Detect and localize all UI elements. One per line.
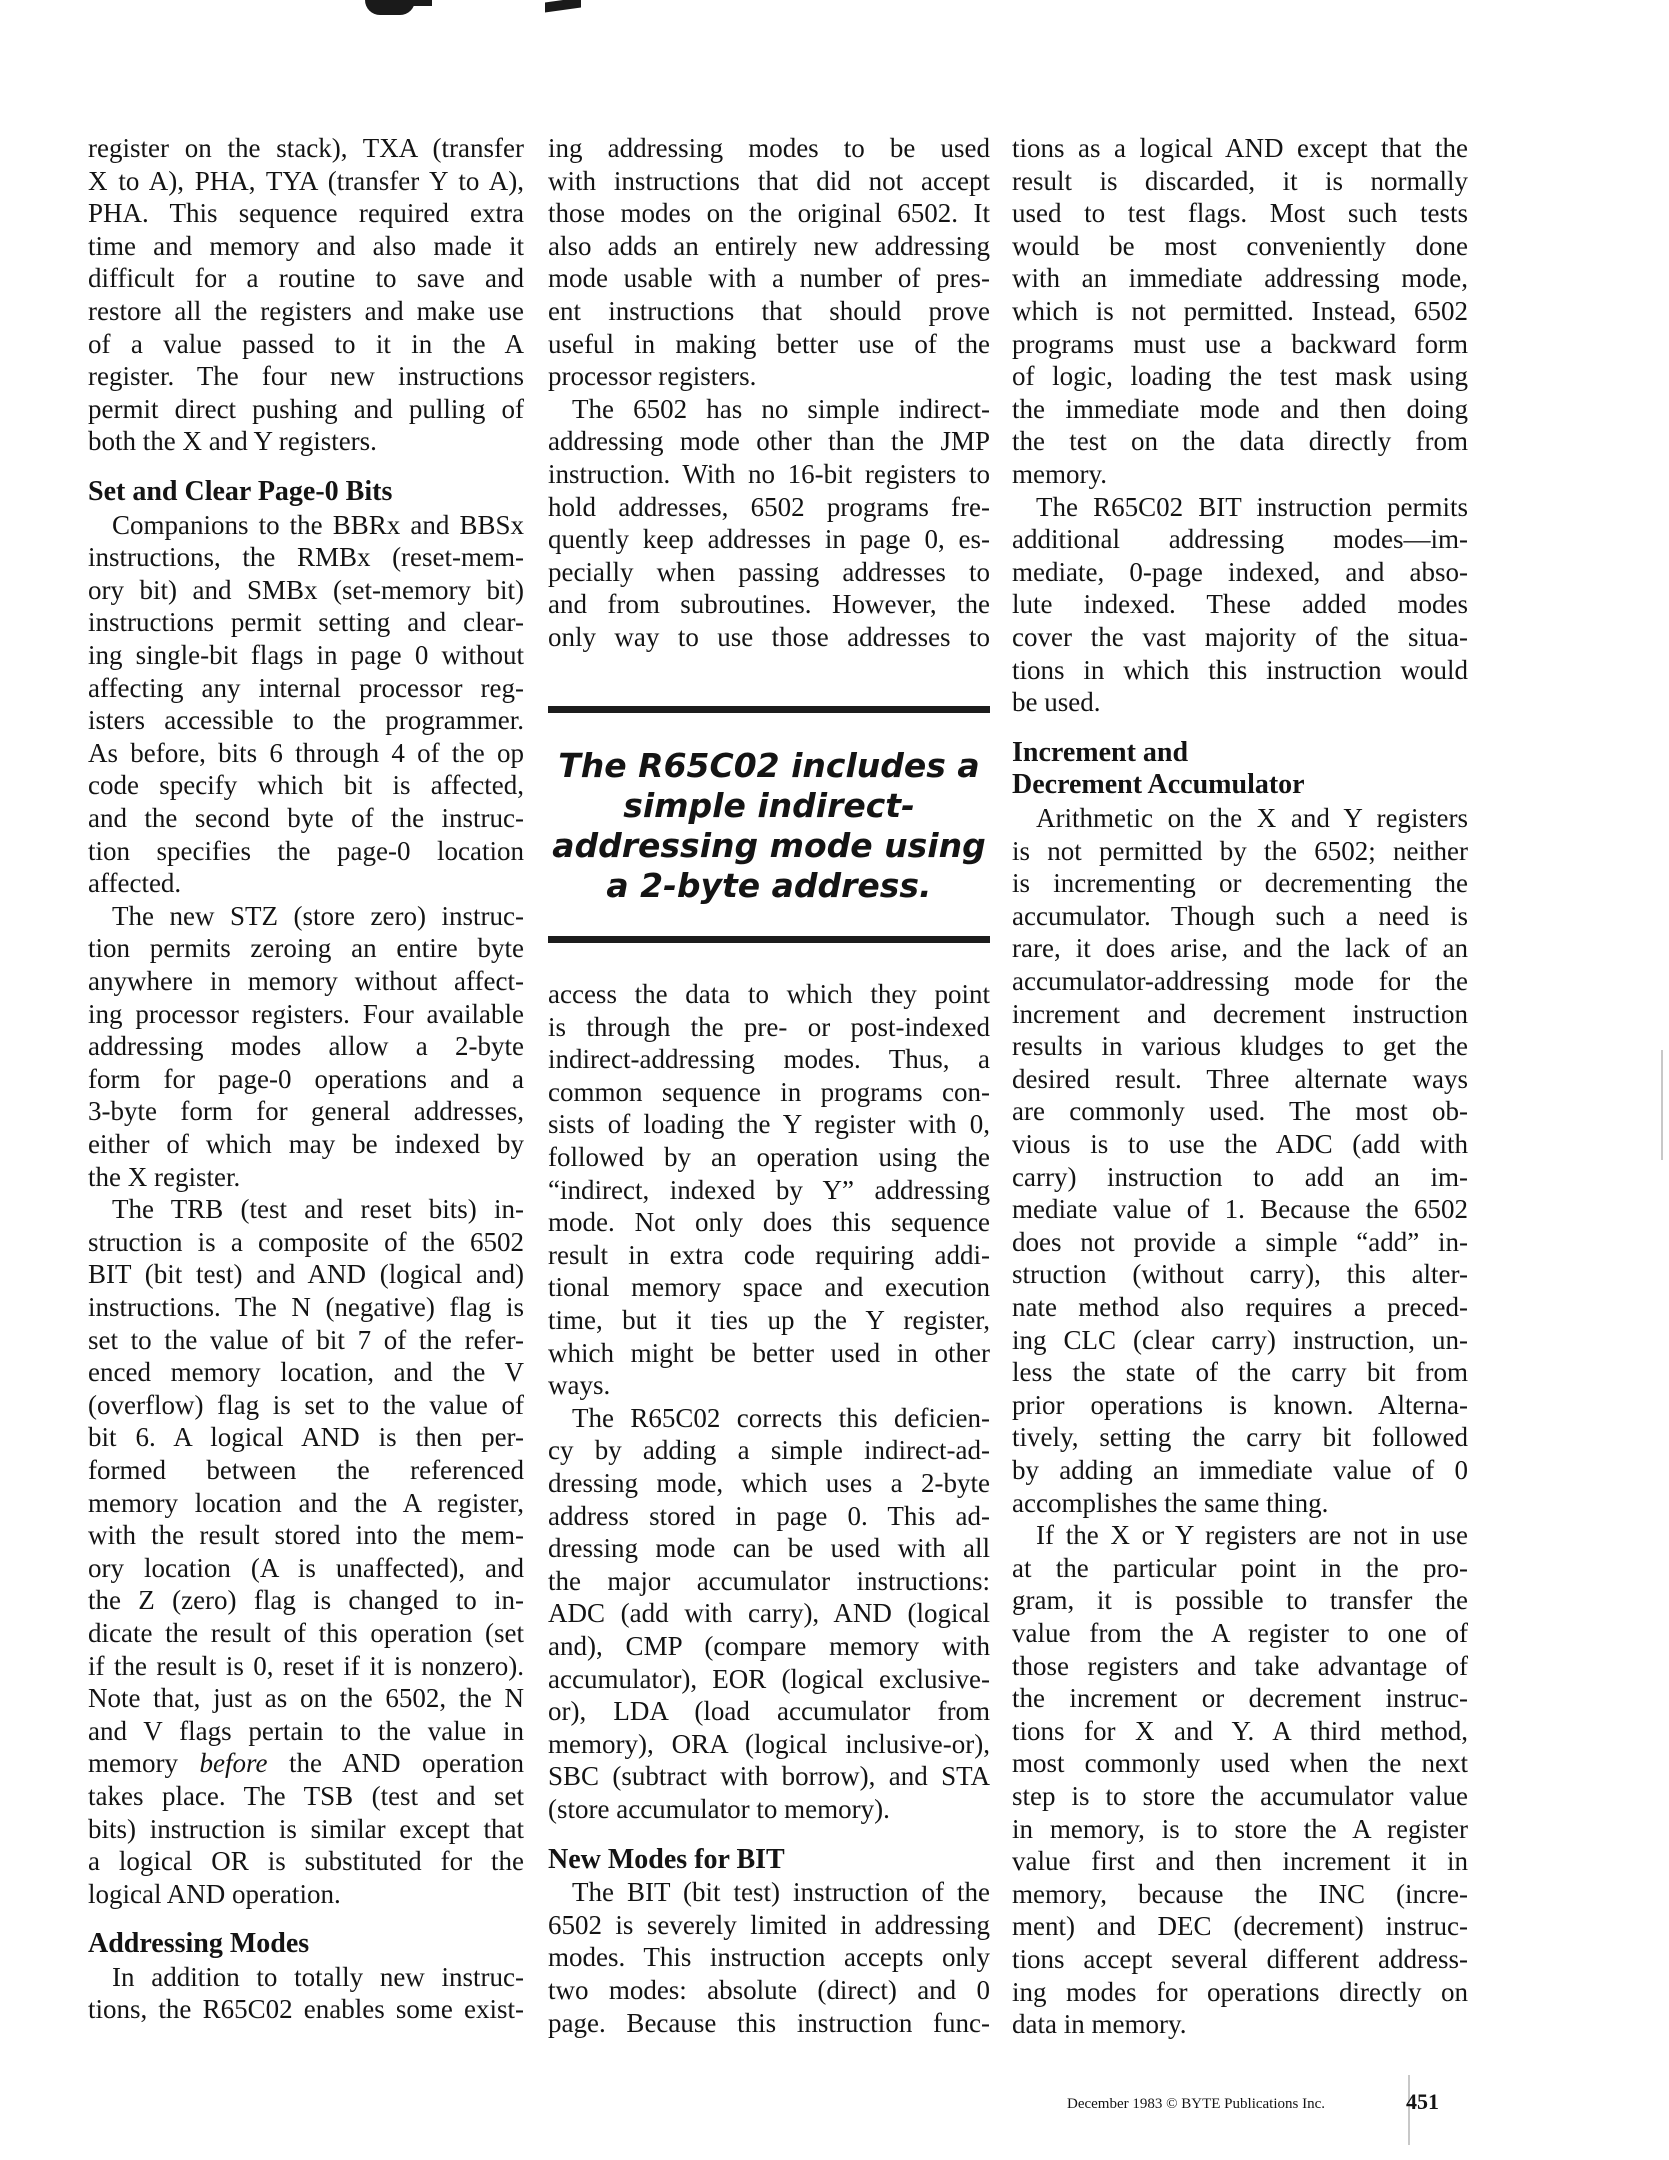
text-line: results in various kludges to get the: [1012, 1030, 1468, 1062]
text-line: lute indexed. These added modes: [1012, 588, 1468, 620]
section-heading: Addressing Modes: [88, 1928, 524, 1960]
text-line: of logic, loading the test mask using: [1012, 360, 1468, 392]
text-line: and), CMP (compare memory with: [548, 1630, 990, 1662]
text-line: (overflow) flag is set to the value of: [88, 1389, 524, 1421]
text-line: anywhere in memory without affect-: [88, 965, 524, 997]
text-line: hold addresses, 6502 programs fre-: [548, 491, 990, 523]
text-line: memory.: [1012, 458, 1468, 490]
text-line: those modes on the original 6502. It: [548, 197, 990, 229]
text-line: The R65C02 corrects this deficien-: [548, 1402, 990, 1434]
text-line: bits) instruction is similar except that: [88, 1813, 524, 1845]
text-line: Arithmetic on the X and Y registers: [1012, 802, 1468, 834]
text-line: useful in making better use of the: [548, 328, 990, 360]
text-line: only way to use those addresses to: [548, 621, 990, 653]
text-line: formed between the referenced: [88, 1454, 524, 1486]
text-line: page. Because this instruction func-: [548, 2007, 990, 2039]
text-line: tions as a logical AND except that the: [1012, 132, 1468, 164]
scan-edge-mark: [1661, 1050, 1663, 1160]
text-line: ing single-bit flags in page 0 without: [88, 639, 524, 671]
section-heading: Set and Clear Page-0 Bits: [88, 476, 524, 508]
text-line: and the second byte of the instruc-: [88, 802, 524, 834]
text-line: difficult for a routine to save and: [88, 262, 524, 294]
text-line: instruction. With no 16-bit registers to: [548, 458, 990, 490]
text-line: value from the A register to one of: [1012, 1617, 1468, 1649]
section-heading: Decrement Accumulator: [1012, 769, 1468, 801]
text-line: two modes: absolute (direct) and 0: [548, 1974, 990, 2006]
section-heading: New Modes for BIT: [548, 1844, 990, 1876]
text-line: used to test flags. Most such tests: [1012, 197, 1468, 229]
text-line: enced memory location, and the V: [88, 1356, 524, 1388]
text-line: increment and decrement instruction: [1012, 998, 1468, 1030]
text-line: the increment or decrement instruc-: [1012, 1682, 1468, 1714]
text-line: ADC (add with carry), AND (logical: [548, 1597, 990, 1629]
text-line: is not permitted by the 6502; neither: [1012, 835, 1468, 867]
text-line: The BIT (bit test) instruction of the: [548, 1876, 990, 1908]
text-line: which might be better used in other: [548, 1337, 990, 1369]
text-line: ory bit) and SMBx (set-memory bit): [88, 574, 524, 606]
text-line: ways.: [548, 1369, 990, 1401]
pull-quote-line: The R65C02 includes a: [548, 746, 990, 786]
text-line: common sequence in programs con-: [548, 1076, 990, 1108]
text-line: struction is a composite of the 6502: [88, 1226, 524, 1258]
text-line: address stored in page 0. This ad-: [548, 1500, 990, 1532]
text-line: either of which may be indexed by: [88, 1128, 524, 1160]
text-line: In addition to totally new instruc-: [88, 1961, 524, 1993]
text-line: indirect-addressing modes. Thus, a: [548, 1043, 990, 1075]
text-line: pecially when passing addresses to: [548, 556, 990, 588]
text-line: dicate the result of this operation (set: [88, 1617, 524, 1649]
text-line: logical AND operation.: [88, 1878, 524, 1910]
masthead-logo-fragment-right: [545, 0, 581, 13]
text-line: the immediate mode and then doing: [1012, 393, 1468, 425]
text-line: register on the stack), TXA (transfer: [88, 132, 524, 164]
text-line: X to A), PHA, TYA (transfer Y to A),: [88, 165, 524, 197]
text-line: ent instructions that should prove: [548, 295, 990, 327]
text-line: and from subroutines. However, the: [548, 588, 990, 620]
text-line: at the particular point in the pro-: [1012, 1552, 1468, 1584]
text-line: with an immediate addressing mode,: [1012, 262, 1468, 294]
text-line: the X register.: [88, 1161, 524, 1193]
text-line: tions in which this instruction would: [1012, 654, 1468, 686]
text-line: result is discarded, it is normally: [1012, 165, 1468, 197]
pull-quote-top-rule: [548, 706, 990, 713]
text-line: instructions, the RMBx (reset-mem-: [88, 541, 524, 573]
text-line: is incrementing or decrementing the: [1012, 867, 1468, 899]
text-line: accumulator), EOR (logical exclusive-: [548, 1663, 990, 1695]
text-line: accumulator-addressing mode for the: [1012, 965, 1468, 997]
text-line: tions accept several different address-: [1012, 1943, 1468, 1975]
text-line: also adds an entirely new addressing: [548, 230, 990, 262]
text-line: The R65C02 BIT instruction permits: [1012, 491, 1468, 523]
text-line: memory, because the INC (incre-: [1012, 1878, 1468, 1910]
text-line: addressing modes allow a 2-byte: [88, 1030, 524, 1062]
text-line: nate method also requires a preced-: [1012, 1291, 1468, 1323]
text-line: does not provide a simple “add” in-: [1012, 1226, 1468, 1258]
text-line: form for page-0 operations and a: [88, 1063, 524, 1095]
page-number: 451: [1406, 2090, 1439, 2114]
text-line: ment) and DEC (decrement) instruc-: [1012, 1910, 1468, 1942]
text-line: is through the pre- or post-indexed: [548, 1011, 990, 1043]
text-line: struction (without carry), this alter-: [1012, 1258, 1468, 1290]
text-line: a logical OR is substituted for the: [88, 1845, 524, 1877]
text-line: memory before the AND operation: [88, 1747, 524, 1779]
text-line: permit direct pushing and pulling of: [88, 393, 524, 425]
text-line: gram, it is possible to transfer the: [1012, 1584, 1468, 1616]
text-line: ing CLC (clear carry) instruction, un-: [1012, 1324, 1468, 1356]
text-line: rare, it does arise, and the lack of an: [1012, 932, 1468, 964]
text-line: ing addressing modes to be used: [548, 132, 990, 164]
text-line: restore all the registers and make use: [88, 295, 524, 327]
text-line: with instructions that did not accept: [548, 165, 990, 197]
text-line: be used.: [1012, 686, 1468, 718]
text-line: set to the value of bit 7 of the refer-: [88, 1324, 524, 1356]
text-line: The TRB (test and reset bits) in-: [88, 1193, 524, 1225]
text-line: tional memory space and execution: [548, 1271, 990, 1303]
text-line: sists of loading the Y register with 0,: [548, 1108, 990, 1140]
text-line: takes place. The TSB (test and set: [88, 1780, 524, 1812]
text-line: dressing mode, which uses a 2-byte: [548, 1467, 990, 1499]
text-line: ory location (A is unaffected), and: [88, 1552, 524, 1584]
text-line: As before, bits 6 through 4 of the op: [88, 737, 524, 769]
text-line: are commonly used. The most ob-: [1012, 1095, 1468, 1127]
text-line: accumulator. Though such a need is: [1012, 900, 1468, 932]
text-line: memory), ORA (logical inclusive-or),: [548, 1728, 990, 1760]
text-line: BIT (bit test) and AND (logical and): [88, 1258, 524, 1290]
text-line: most commonly used when the next: [1012, 1747, 1468, 1779]
pull-quote-bottom-rule: [548, 936, 990, 943]
text-line: 3-byte form for general addresses,: [88, 1095, 524, 1127]
text-line: of a value passed to it in the A: [88, 328, 524, 360]
text-line: mode usable with a number of pres-: [548, 262, 990, 294]
text-line: mode. Not only does this sequence: [548, 1206, 990, 1238]
text-line: addressing mode other than the JMP: [548, 425, 990, 457]
text-line: time, but it ties up the Y register,: [548, 1304, 990, 1336]
text-line: if the result is 0, reset if it is nonze…: [88, 1650, 524, 1682]
text-line: accomplishes the same thing.: [1012, 1487, 1468, 1519]
page-footer-credit: December 1983 © BYTE Publications Inc.: [1067, 2094, 1325, 2114]
text-line: tions, the R65C02 enables some exist-: [88, 1993, 524, 2025]
text-line: less the state of the carry bit from: [1012, 1356, 1468, 1388]
text-line: step is to store the accumulator value: [1012, 1780, 1468, 1812]
text-line: ing processor registers. Four available: [88, 998, 524, 1030]
text-line: vious is to use the ADC (add with: [1012, 1128, 1468, 1160]
text-line: the Z (zero) flag is changed to in-: [88, 1584, 524, 1616]
text-line: by adding an immediate value of 0: [1012, 1454, 1468, 1486]
text-line: 6502 is severely limited in addressing: [548, 1909, 990, 1941]
text-line: dressing mode can be used with all: [548, 1532, 990, 1564]
text-line: mediate, 0-page indexed, and abso-: [1012, 556, 1468, 588]
text-line: code specify which bit is affected,: [88, 769, 524, 801]
section-heading: Increment and: [1012, 737, 1468, 769]
text-line: ing modes for operations directly on: [1012, 1976, 1468, 2008]
text-line: SBC (subtract with borrow), and STA: [548, 1760, 990, 1792]
text-line: If the X or Y registers are not in use: [1012, 1519, 1468, 1551]
text-line: tion permits zeroing an entire byte: [88, 932, 524, 964]
text-line: programs must use a backward form: [1012, 328, 1468, 360]
text-line: tively, setting the carry bit followed: [1012, 1421, 1468, 1453]
text-line: access the data to which they point: [548, 978, 990, 1010]
text-line: memory location and the A register,: [88, 1487, 524, 1519]
pull-quote: The R65C02 includes a simple indirect- a…: [548, 706, 990, 946]
text-line: prior operations is known. Alterna-: [1012, 1389, 1468, 1421]
pull-quote-line: addressing mode using: [548, 826, 990, 866]
text-line: tion specifies the page-0 location: [88, 835, 524, 867]
text-line: result in extra code requiring addi-: [548, 1239, 990, 1271]
text-line: additional addressing modes—im-: [1012, 523, 1468, 555]
text-line: instructions. The N (negative) flag is: [88, 1291, 524, 1323]
text-line: desired result. Three alternate ways: [1012, 1063, 1468, 1095]
text-line: which is not permitted. Instead, 6502: [1012, 295, 1468, 327]
text-line: the test on the data directly from: [1012, 425, 1468, 457]
text-line: tions for X and Y. A third method,: [1012, 1715, 1468, 1747]
text-line: instructions permit setting and clear-: [88, 606, 524, 638]
text-line: (store accumulator to memory).: [548, 1793, 990, 1825]
text-line: would be most conveniently done: [1012, 230, 1468, 262]
masthead-logo-fragment-mid: [410, 0, 432, 6]
text-line: cy by adding a simple indirect-ad-: [548, 1434, 990, 1466]
text-line: those registers and take advantage of: [1012, 1650, 1468, 1682]
text-line: or), LDA (load accumulator from: [548, 1695, 990, 1727]
text-line: the major accumulator instructions:: [548, 1565, 990, 1597]
text-line: affecting any internal processor reg-: [88, 672, 524, 704]
text-line: “indirect, indexed by Y” addressing: [548, 1174, 990, 1206]
text-line: both the X and Y registers.: [88, 425, 524, 457]
text-line: modes. This instruction accepts only: [548, 1941, 990, 1973]
text-line: value first and then increment it in: [1012, 1845, 1468, 1877]
text-line: register. The four new instructions: [88, 360, 524, 392]
text-line: followed by an operation using the: [548, 1141, 990, 1173]
text-line: quently keep addresses in page 0, es-: [548, 523, 990, 555]
text-line: in memory, is to store the A register: [1012, 1813, 1468, 1845]
text-line: cover the vast majority of the situa-: [1012, 621, 1468, 653]
text-line: The 6502 has no simple indirect-: [548, 393, 990, 425]
text-line: and V flags pertain to the value in: [88, 1715, 524, 1747]
text-line: data in memory.: [1012, 2008, 1468, 2040]
text-line: carry) instruction to add an im-: [1012, 1161, 1468, 1193]
text-line: Companions to the BBRx and BBSx: [88, 509, 524, 541]
pull-quote-line: a 2-byte address.: [548, 866, 990, 906]
text-line: processor registers.: [548, 360, 990, 392]
masthead-logo-fragment-left: [365, 0, 415, 15]
text-line: The new STZ (store zero) instruc-: [88, 900, 524, 932]
text-line: with the result stored into the mem-: [88, 1519, 524, 1551]
text-line: time and memory and also made it: [88, 230, 524, 262]
pull-quote-line: simple indirect-: [548, 786, 990, 826]
text-line: Note that, just as on the 6502, the N: [88, 1682, 524, 1714]
text-line: mediate value of 1. Because the 6502: [1012, 1193, 1468, 1225]
text-line: isters accessible to the programmer.: [88, 704, 524, 736]
text-line: PHA. This sequence required extra: [88, 197, 524, 229]
text-line: affected.: [88, 867, 524, 899]
text-line: bit 6. A logical AND is then per-: [88, 1421, 524, 1453]
